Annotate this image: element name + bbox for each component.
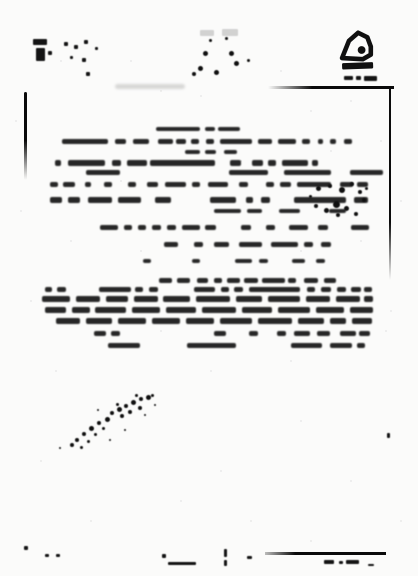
- stamp-dots: [192, 72, 196, 76]
- stamp-dots: [234, 61, 239, 66]
- handwritten-annotation: [316, 186, 321, 191]
- signature-stroke: [124, 404, 128, 408]
- footer-marks: [387, 433, 390, 438]
- signature-stroke: [89, 426, 94, 431]
- scanned-document-page: [0, 0, 418, 576]
- signature-stroke: [139, 397, 143, 401]
- footer-marks: [247, 556, 252, 559]
- handwritten-annotation: [314, 204, 318, 208]
- stamp-dots: [198, 66, 203, 71]
- footer-marks: [346, 560, 359, 564]
- signature-stroke: [82, 432, 86, 436]
- signature-stroke: [151, 394, 154, 397]
- footer-marks: [24, 546, 28, 550]
- signature-stroke: [97, 409, 99, 411]
- stamp-marks: [70, 56, 73, 59]
- handwritten-annotation: [328, 184, 332, 188]
- handwritten-annotation: [365, 187, 368, 190]
- logo-caption-marks: [356, 76, 361, 80]
- footer-marks: [368, 564, 374, 566]
- stamp-dots: [247, 59, 250, 62]
- handwritten-annotation: [309, 195, 312, 198]
- handwritten-annotation: [344, 206, 349, 211]
- handwritten-annotation: [362, 198, 366, 202]
- signature-stroke: [59, 447, 61, 449]
- footer-marks: [56, 554, 60, 557]
- footer-marks: [45, 554, 49, 557]
- stamp-marks: [82, 58, 86, 62]
- handwritten-annotation: [336, 213, 340, 217]
- footer-marks: [224, 560, 227, 566]
- stamp-marks: [48, 51, 52, 55]
- logo-caption-marks: [344, 76, 353, 80]
- stamp-dots: [214, 70, 219, 75]
- signature-stroke: [116, 403, 119, 406]
- stamp-marks: [95, 47, 98, 50]
- signature-stroke: [110, 411, 114, 415]
- stamp-faint-marks: [200, 30, 214, 36]
- footer-marks: [168, 562, 196, 565]
- signature-stroke: [144, 414, 146, 416]
- handwritten-annotation: [333, 201, 340, 208]
- signature-stroke: [87, 440, 90, 443]
- footer-marks: [339, 561, 343, 564]
- stamp-dots: [209, 39, 212, 42]
- signature-stroke: [94, 433, 97, 436]
- footer-marks: [324, 560, 334, 564]
- signature-stroke: [105, 417, 110, 422]
- signature-stroke: [117, 407, 122, 412]
- signature-stroke: [75, 438, 79, 442]
- handwritten-annotation: [354, 212, 358, 216]
- stamp-dots: [225, 37, 228, 40]
- signature-stroke: [124, 429, 126, 431]
- logo-caption-marks: [364, 76, 377, 81]
- footer-marks: [224, 549, 227, 557]
- stamp-dots: [203, 51, 208, 56]
- stamp-marks: [86, 72, 90, 76]
- stamp-faint-marks: [222, 29, 238, 36]
- handwritten-annotation: [324, 208, 329, 213]
- signature-stroke: [102, 427, 105, 430]
- handwritten-annotation: [358, 190, 362, 194]
- handwritten-annotation: [339, 187, 345, 193]
- stamp-marks: [74, 45, 78, 49]
- stamp-marks: [84, 40, 88, 44]
- signature-stroke: [97, 421, 101, 425]
- signature-stroke: [138, 406, 142, 410]
- signature-stroke: [80, 446, 83, 449]
- signature-stroke: [128, 410, 132, 414]
- signature-stroke: [131, 400, 136, 405]
- signature-stroke: [70, 443, 74, 447]
- stamp-marks: [33, 39, 47, 45]
- footer-marks: [162, 554, 166, 558]
- marks-and-signature: [0, 0, 418, 576]
- signature-stroke: [109, 439, 111, 441]
- handwritten-annotation: [350, 182, 354, 186]
- stamp-marks: [36, 48, 45, 61]
- stamp-dots: [229, 51, 234, 56]
- signature-stroke: [154, 404, 156, 406]
- signature-stroke: [135, 394, 138, 397]
- signature-stroke: [146, 395, 151, 400]
- stamp-marks: [64, 42, 68, 46]
- signature-stroke: [120, 414, 124, 418]
